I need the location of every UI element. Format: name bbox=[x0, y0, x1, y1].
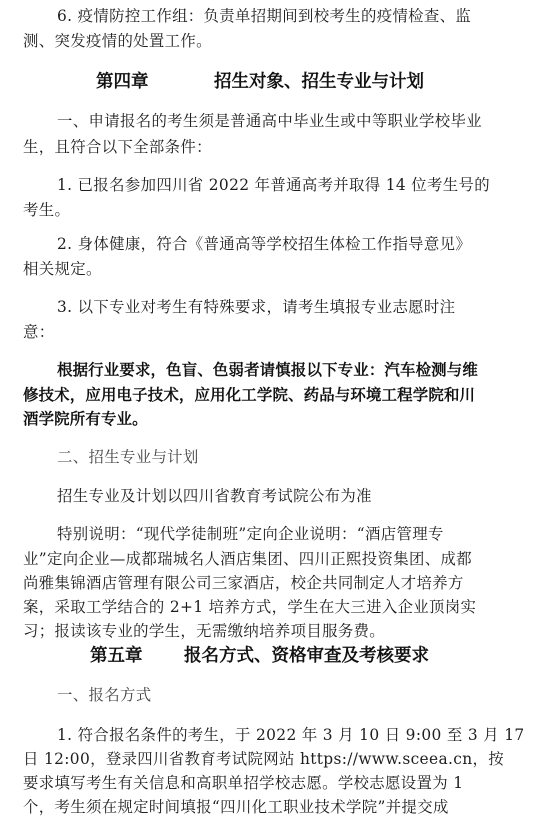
section-heading-line: 一、申请报名的考生须是普通高中毕业生或中等职业学校毕业 bbox=[57, 111, 482, 131]
condition-line: 1. 已报名参加四川省 2022 年普通高考并取得 14 位考生号的 bbox=[57, 175, 490, 195]
bold-note-line: 根据行业要求，色盲、色弱者请慎报以下专业：汽车检测与维 bbox=[57, 360, 478, 380]
paragraph-line: 招生专业及计划以四川省教育考试院公布为准 bbox=[57, 486, 372, 506]
condition-line: 3. 以下专业对考生有特殊要求，请考生填报专业志愿时注 bbox=[57, 297, 455, 317]
bold-note-line: 修技术，应用电子技术，应用化工学院、药品与环境工程学院和川 bbox=[23, 385, 475, 405]
section-heading: 一、报名方式 bbox=[57, 685, 151, 705]
chapter-title: 招生对象、招生专业与计划 bbox=[214, 71, 424, 93]
paragraph-line: 要求填写考生有关信息和高职单招学校志愿。学校志愿设置为 1 bbox=[23, 773, 463, 793]
paragraph-line: 6. 疫情防控工作组：负责单招期间到校考生的疫情检查、监 bbox=[57, 6, 471, 26]
paragraph-line: 个，考生须在规定时间填报“四川化工职业技术学院”并提交成 bbox=[23, 797, 449, 817]
bold-note-line: 酒学院所有专业。 bbox=[23, 409, 148, 429]
chapter-number: 第五章 bbox=[90, 645, 143, 667]
special-note-line: 特别说明：“现代学徒制班”定向企业说明：“酒店管理专 bbox=[57, 524, 444, 544]
paragraph-line: 测、突发疫情的处置工作。 bbox=[23, 31, 212, 51]
paragraph-line: 1. 符合报名条件的考生，于 2022 年 3 月 10 日 9:00 至 3 … bbox=[57, 725, 525, 745]
paragraph-line: 日 12:00，登录四川省教育考试院网站 https://www.sceea.c… bbox=[23, 749, 504, 769]
section-heading-line: 生，且符合以下全部条件： bbox=[23, 137, 212, 157]
condition-line: 意： bbox=[23, 322, 54, 342]
special-note-line: 尚雅集锦酒店管理有限公司三家酒店，校企共同制定人才培养方 bbox=[23, 573, 464, 593]
chapter-title: 报名方式、资格审查及考核要求 bbox=[184, 645, 429, 667]
section-heading: 二、招生专业与计划 bbox=[57, 447, 199, 467]
chapter-number: 第四章 bbox=[96, 71, 149, 93]
condition-line: 考生。 bbox=[23, 200, 70, 220]
condition-line: 2. 身体健康，符合《普通高等学校招生体检工作指导意见》 bbox=[57, 234, 471, 254]
special-note-line: 案，采取工学结合的 2+1 培养方式，学生在大三进入企业顶岗实 bbox=[23, 597, 476, 617]
special-note-line: 业”定向企业—成都瑞城名人酒店集团、四川正熙投资集团、成都 bbox=[23, 549, 472, 569]
document-page: 6. 疫情防控工作组：负责单招期间到校考生的疫情检查、监 测、突发疫情的处置工作… bbox=[0, 0, 560, 840]
condition-line: 相关规定。 bbox=[23, 259, 102, 279]
special-note-line: 习；报读该专业的学生，无需缴纳培养项目服务费。 bbox=[23, 621, 385, 641]
